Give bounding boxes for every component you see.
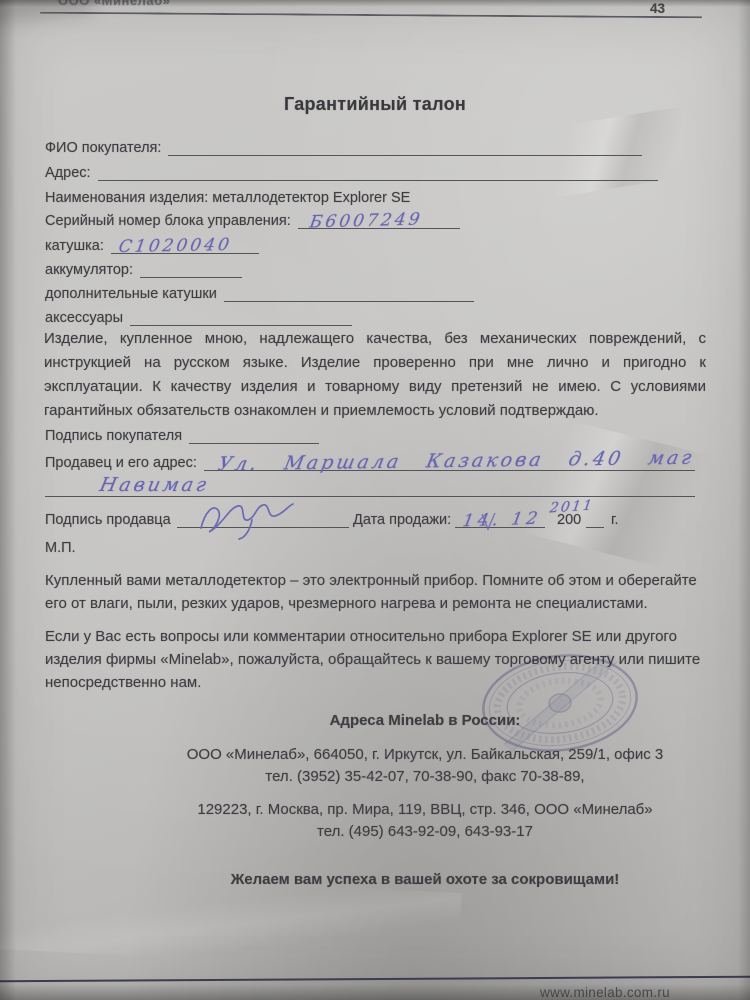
photo-edge-shadow [738, 0, 750, 1000]
serial-number-label: Серийный номер блока управления: [45, 213, 291, 229]
serial-number-field: Б6007249 [298, 211, 460, 229]
buyer-signature-field [189, 426, 319, 444]
address-irkutsk-line2: тел. (3952) 35-42-07, 70-38-90, факс 70-… [95, 766, 750, 788]
form-row-buyer-name: ФИО покупателя: [45, 136, 642, 156]
seller-signature-label: Подпись продавца [45, 512, 171, 528]
seller-address-row-2: Навимаг [45, 477, 695, 497]
closing-message: Желаем вам успеха в вашей охоте за сокро… [95, 869, 750, 891]
footer-rule [0, 976, 750, 983]
accessories-field [130, 308, 352, 326]
battery-label: аккумулятор: [45, 262, 133, 278]
addresses-title: Адреса Minelab в России: [95, 710, 750, 732]
coil-field: С1020040 [111, 236, 259, 254]
address-irkutsk-line1: ООО «Минелаб», 664050, г. Иркутск, ул. Б… [95, 744, 750, 766]
extra-coils-label: дополнительные катушки [45, 286, 217, 302]
buyer-name-label: ФИО покупателя: [45, 140, 161, 156]
coil-label: катушка: [45, 238, 104, 254]
seller-address-field: Ул. Маршала Казакова д.40 маг [204, 453, 695, 471]
warranty-card-page: ООО «Минелаб» 43 Гарантийный талон ФИО п… [0, 0, 750, 1000]
form-row-address: Адрес: [45, 161, 658, 181]
sale-year-blank [586, 526, 604, 528]
seller-address-handwritten-1: Ул. Маршала Казакова д.40 маг [216, 447, 696, 476]
form-row-coil: катушка: С1020040 [45, 234, 259, 254]
seller-address-handwritten-2: Навимаг [98, 474, 212, 496]
sale-year-printed: 200 [557, 512, 581, 528]
sale-year-suffix: г. [611, 512, 619, 528]
buyer-signature-label: Подпись покупателя [45, 428, 182, 444]
buyer-name-field [168, 138, 642, 156]
seller-address-label: Продавец и его адрес: [45, 455, 197, 471]
form-row-accessories: аксессуары [45, 306, 352, 326]
header-rule [40, 12, 702, 19]
stamp-place-abbr: М.П. [45, 540, 76, 556]
agreement-paragraph: Изделие, купленное мною, надлежащего кач… [44, 327, 706, 423]
address-moscow-line1: 129223, г. Москва, пр. Мира, 119, ВВЦ, с… [95, 799, 750, 821]
care-paragraph: Купленный вами металлодетектор – это эле… [45, 569, 705, 615]
serial-number-handwritten: Б6007249 [308, 210, 424, 233]
page-number: 43 [650, 1, 665, 16]
sale-date-handwritten: 14. 12 [461, 509, 543, 532]
form-row-extra-coils: дополнительные катушки [45, 282, 474, 302]
pen-stray-mark [480, 512, 498, 532]
coil-handwritten: С1020040 [117, 235, 233, 257]
extra-coils-field [224, 284, 474, 302]
address-moscow-line2: тел. (495) 643-92-09, 643-93-17 [95, 821, 750, 843]
buyer-signature-row: Подпись покупателя [45, 424, 319, 444]
address-label: Адрес: [45, 165, 91, 181]
address-field [98, 163, 658, 181]
accessories-label: аксессуары [45, 310, 123, 326]
seller-address-row: Продавец и его адрес: Ул. Маршала Казако… [45, 451, 695, 471]
seller-signature-scribble [195, 496, 315, 540]
form-row-serial: Серийный номер блока управления: Б600724… [45, 209, 460, 229]
footer-url: www.minelab.com.ru [540, 985, 670, 1000]
photo-edge-shadow [0, 0, 16, 1000]
form-row-battery: аккумулятор: [45, 258, 242, 278]
seller-address-field-2: Навимаг [45, 479, 695, 497]
battery-field [140, 260, 242, 278]
page-title: Гарантийный талон [0, 94, 750, 115]
item-name-label: Наименования изделия: металлодетектор Ex… [45, 190, 410, 206]
sale-date-label: Дата продажи: [353, 512, 451, 528]
header-company-name: ООО «Минелаб» [58, 0, 170, 8]
form-row-item: Наименования изделия: металлодетектор Ex… [45, 186, 410, 206]
seller-signature-date-row: Подпись продавца Дата продажи: 14. 12 20… [45, 502, 705, 532]
